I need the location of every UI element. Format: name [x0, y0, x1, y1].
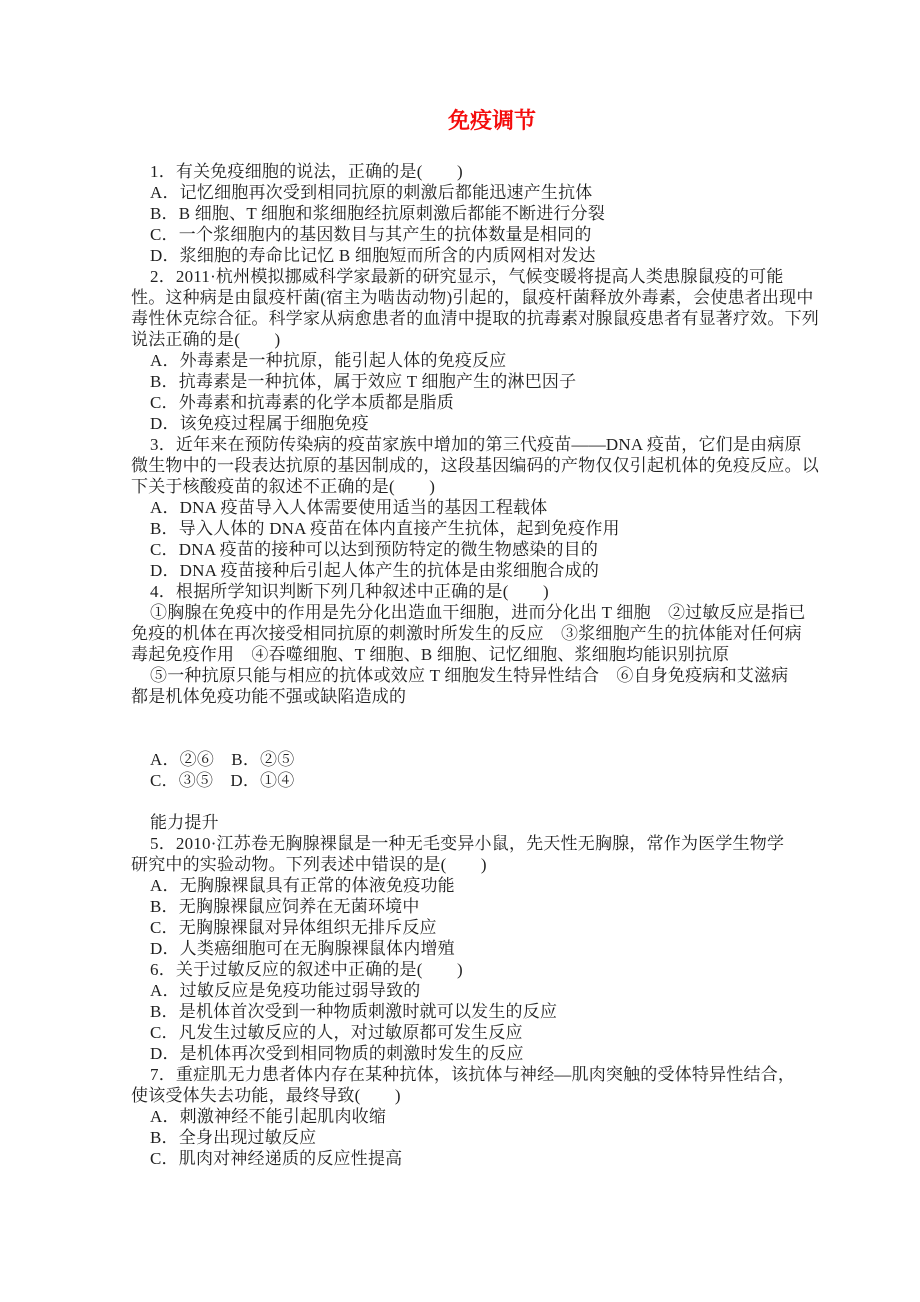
question-6-line: C．凡发生过敏反应的人，对过敏原都可发生反应: [131, 1022, 815, 1043]
question-1-line: A．记忆细胞再次受到相同抗原的刺激后都能迅速产生抗体: [131, 182, 815, 203]
question-4-line: 都是机体免疫功能不强或缺陷造成的: [131, 686, 815, 707]
section-header-ability-line: 能力提升: [131, 812, 815, 833]
question-4: 4．根据所学知识判断下列几种叙述中正确的是( )①胸腺在免疫中的作用是先分化出造…: [131, 581, 815, 749]
question-2-line: D．该免疫过程属于细胞免疫: [131, 413, 815, 434]
section-header-ability: 能力提升: [131, 812, 815, 833]
question-5-line: A．无胸腺裸鼠具有正常的体液免疫功能: [131, 875, 815, 896]
question-3-line: A．DNA 疫苗导入人体需要使用适当的基因工程载体: [131, 497, 815, 518]
question-7-line: 使该受体失去功能，最终导致( ): [131, 1085, 815, 1106]
question-7-line: 7．重症肌无力患者体内存在某种抗体，该抗体与神经—肌肉突触的受体特异性结合，: [131, 1064, 815, 1085]
question-4-line: 免疫的机体在再次接受相同抗原的刺激时所发生的反应 ③浆细胞产生的抗体能对任何病: [131, 623, 815, 644]
question-7-line: C．肌肉对神经递质的反应性提高: [131, 1148, 815, 1169]
question-2-line: 2．2011·杭州模拟挪威科学家最新的研究显示，气候变暖将提高人类患腺鼠疫的可能: [131, 266, 815, 287]
question-3-line: 3．近年来在预防传染病的疫苗家族中增加的第三代疫苗——DNA 疫苗，它们是由病原: [131, 434, 815, 455]
blank-line: [131, 707, 815, 728]
question-3-line: 下关于核酸疫苗的叙述不正确的是( ): [131, 476, 815, 497]
question-5-line: 5．2010·江苏卷无胸腺裸鼠是一种无毛变异小鼠，先天性无胸腺，常作为医学生物学: [131, 833, 815, 854]
question-1-line: B．B 细胞、T 细胞和浆细胞经抗原刺激后都能不断进行分裂: [131, 203, 815, 224]
document-body: 1．有关免疫细胞的说法，正确的是( )A．记忆细胞再次受到相同抗原的刺激后都能迅…: [131, 161, 815, 1169]
blank-line: [131, 791, 815, 812]
question-3-line: C．DNA 疫苗的接种可以达到预防特定的微生物感染的目的: [131, 539, 815, 560]
question-2-line: A．外毒素是一种抗原，能引起人体的免疫反应: [131, 350, 815, 371]
question-3-line: B．导入人体的 DNA 疫苗在体内直接产生抗体，起到免疫作用: [131, 518, 815, 539]
question-4-line: 毒起免疫作用 ④吞噬细胞、T 细胞、B 细胞、记忆细胞、浆细胞均能识别抗原: [131, 644, 815, 665]
question-6-line: 6．关于过敏反应的叙述中正确的是( ): [131, 959, 815, 980]
question-1-line: C．一个浆细胞内的基因数目与其产生的抗体数量是相同的: [131, 224, 815, 245]
question-5-line: C．无胸腺裸鼠对异体组织无排斥反应: [131, 917, 815, 938]
question-6-line: A．过敏反应是免疫功能过弱导致的: [131, 980, 815, 1001]
question-6-line: B．是机体首次受到一种物质刺激时就可以发生的反应: [131, 1001, 815, 1022]
question-4-answers-line: C．③⑤ D．①④: [131, 770, 815, 791]
question-3: 3．近年来在预防传染病的疫苗家族中增加的第三代疫苗——DNA 疫苗，它们是由病原…: [131, 434, 815, 581]
document-title: 免疫调节: [131, 108, 815, 134]
question-4-answers: A．②⑥ B．②⑤C．③⑤ D．①④: [131, 749, 815, 812]
question-6-line: D．是机体再次受到相同物质的刺激时发生的反应: [131, 1043, 815, 1064]
question-5-line: 研究中的实验动物。下列表述中错误的是( ): [131, 854, 815, 875]
question-2-line: 性。这种病是由鼠疫杆菌(宿主为啮齿动物)引起的，鼠疫杆菌释放外毒素，会使患者出现…: [131, 287, 815, 308]
question-2: 2．2011·杭州模拟挪威科学家最新的研究显示，气候变暖将提高人类患腺鼠疫的可能…: [131, 266, 815, 434]
question-4-answers-line: A．②⑥ B．②⑤: [131, 749, 815, 770]
question-4-line: ①胸腺在免疫中的作用是先分化出造血干细胞，进而分化出 T 细胞 ②过敏反应是指已: [131, 602, 815, 623]
question-1-line: D．浆细胞的寿命比记忆 B 细胞短而所含的内质网相对发达: [131, 245, 815, 266]
question-2-line: 说法正确的是( ): [131, 329, 815, 350]
question-4-line: ⑤一种抗原只能与相应的抗体或效应 T 细胞发生特异性结合 ⑥自身免疫病和艾滋病: [131, 665, 815, 686]
question-3-line: 微生物中的一段表达抗原的基因制成的，这段基因编码的产物仅仅引起机体的免疫反应。以: [131, 455, 815, 476]
question-7: 7．重症肌无力患者体内存在某种抗体，该抗体与神经—肌肉突触的受体特异性结合，使该…: [131, 1064, 815, 1169]
question-5: 5．2010·江苏卷无胸腺裸鼠是一种无毛变异小鼠，先天性无胸腺，常作为医学生物学…: [131, 833, 815, 959]
question-5-line: D．人类癌细胞可在无胸腺裸鼠体内增殖: [131, 938, 815, 959]
question-6: 6．关于过敏反应的叙述中正确的是( )A．过敏反应是免疫功能过弱导致的B．是机体…: [131, 959, 815, 1064]
question-2-line: C．外毒素和抗毒素的化学本质都是脂质: [131, 392, 815, 413]
worksheet-page: 免疫调节 1．有关免疫细胞的说法，正确的是( )A．记忆细胞再次受到相同抗原的刺…: [0, 0, 920, 1302]
question-7-line: A．刺激神经不能引起肌肉收缩: [131, 1106, 815, 1127]
question-7-line: B．全身出现过敏反应: [131, 1127, 815, 1148]
question-2-line: 毒性休克综合征。科学家从病愈患者的血清中提取的抗毒素对腺鼠疫患者有显著疗效。下列: [131, 308, 815, 329]
question-5-line: B．无胸腺裸鼠应饲养在无菌环境中: [131, 896, 815, 917]
question-1: 1．有关免疫细胞的说法，正确的是( )A．记忆细胞再次受到相同抗原的刺激后都能迅…: [131, 161, 815, 266]
question-1-line: 1．有关免疫细胞的说法，正确的是( ): [131, 161, 815, 182]
blank-line: [131, 728, 815, 749]
question-4-line: 4．根据所学知识判断下列几种叙述中正确的是( ): [131, 581, 815, 602]
question-3-line: D．DNA 疫苗接种后引起人体产生的抗体是由浆细胞合成的: [131, 560, 815, 581]
question-2-line: B．抗毒素是一种抗体，属于效应 T 细胞产生的淋巴因子: [131, 371, 815, 392]
